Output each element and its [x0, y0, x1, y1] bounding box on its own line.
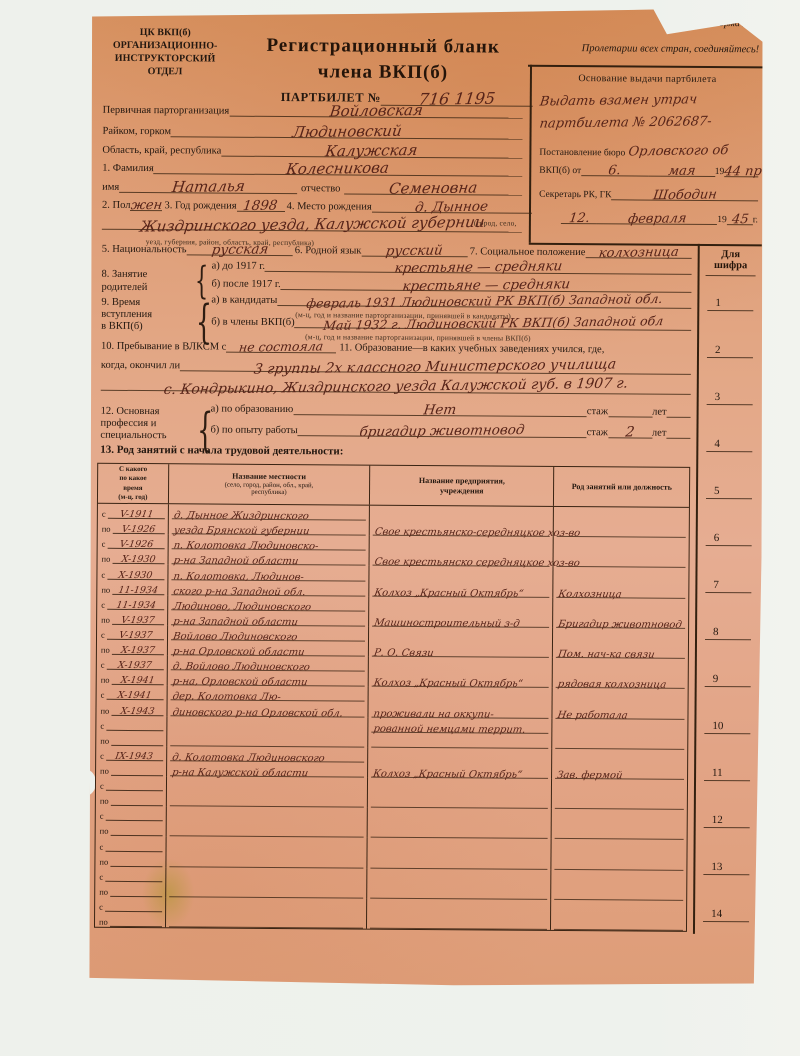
paper-left-edge: [81, 4, 93, 986]
cell-place-value: Войлово Людиновского: [172, 632, 298, 643]
profession-a-value: Нет: [423, 405, 457, 415]
sex-value: жен: [130, 201, 162, 211]
cell-place-value: р-на Орловской области: [172, 647, 305, 658]
cell-organization: [367, 868, 552, 900]
cell-period: спо: [95, 897, 166, 928]
cell-place: [166, 897, 368, 929]
cell-place-value: р-на Калужской области: [171, 768, 308, 779]
date-from-prefix: с: [101, 690, 105, 700]
parents-a-line: крестьяне — средняки: [265, 261, 692, 275]
cell-occupation: Не работала: [553, 688, 688, 719]
let-a-line: [667, 417, 691, 418]
cell-place-line: [169, 837, 363, 853]
cell-organization-line: [370, 883, 547, 900]
education-row2: когда, окончил ли 3 группы 2х классного …: [101, 360, 691, 375]
komsomol-value: не состояла: [239, 341, 324, 352]
cell-place-line: [169, 897, 363, 913]
party-card-number: 716 1195: [418, 94, 496, 105]
cell-occupation-line: рядовая колхозница: [556, 673, 685, 690]
cell-place-line: д. Дынное Жиздринского: [172, 504, 366, 520]
cell-organization-line: [371, 838, 548, 854]
header-place: Название местности (село, город, район, …: [169, 464, 371, 504]
cell-place-line: [170, 730, 364, 747]
date-from-prefix: с: [101, 660, 105, 670]
cell-organization: проживали на оккупи-: [369, 687, 554, 719]
social-label: 7. Социальное положение: [470, 246, 586, 258]
vkpb-year-line: 44 пр: [724, 166, 758, 177]
date-from: с11-1934: [100, 594, 164, 610]
date-to-line: X-1937: [112, 645, 164, 655]
form-number-label: Форма № 1: [647, 18, 759, 30]
first-name-line: Наталья: [119, 181, 297, 194]
cipher-number-slot: 3: [699, 368, 761, 415]
cell-organization-line: Колхоз „Красный Октябрь“: [372, 671, 549, 688]
cell-organization: [368, 778, 553, 810]
date-from-prefix: с: [100, 781, 104, 791]
cipher-number: 1: [715, 297, 721, 309]
cell-place-line: [169, 821, 363, 838]
cell-occupation: Бригадир животновод: [554, 598, 689, 629]
cell-place-line: [170, 791, 364, 808]
staj-label-a: стаж: [587, 406, 608, 417]
issue-day-line: 12.: [561, 213, 597, 224]
date-from-prefix: с: [101, 630, 105, 640]
date-to: поX-1943: [99, 700, 163, 716]
date-to: по: [98, 881, 162, 897]
date-to: поV-1937: [100, 610, 164, 626]
date-to-prefix: по: [100, 826, 109, 836]
cell-place-line: [169, 881, 363, 898]
profession-b-row: б) по опыту работы бригадир животновод с…: [210, 425, 690, 439]
table-body: сV-1911поV-1926д. Дынное Жиздринскогоуез…: [95, 504, 689, 931]
joined-b-label: б) в члены ВКП(б): [211, 317, 295, 329]
profession-a-label: а) по образованию: [211, 404, 294, 416]
paper-hole: [76, 770, 96, 796]
cell-organization: рованной немцами террит.: [368, 717, 553, 749]
occupations-table: С какого по какое время (м-ц. год) Назва…: [94, 463, 690, 932]
birthplace-label: 4. Место рождения: [287, 201, 372, 213]
cell-place-value: р-на Западной области: [172, 617, 298, 628]
cipher-number-line: [707, 404, 753, 405]
date-to-line: X-1930: [112, 554, 164, 564]
joined-a-value: февраль 1931 Людиновский РК ВКП(б) Запад…: [306, 294, 663, 309]
cell-place-line: р-на Западной области: [171, 550, 365, 566]
cell-period: сX-1941поX-1943: [96, 685, 167, 716]
date-to-prefix: по: [100, 705, 109, 715]
cell-place: п. Колотовка, Людинов-ского р-на Западно…: [168, 565, 370, 597]
patronymic-label: отчество: [301, 183, 340, 194]
cell-place-value: диновского р-на Орловской обл.: [172, 708, 344, 719]
cipher-title: Для шифра: [706, 244, 756, 276]
date-to-prefix: по: [99, 917, 108, 927]
cell-occupation-line: [555, 884, 684, 901]
cell-place: д. Войлово Людиновскогор-на, Орловской о…: [167, 655, 369, 687]
joined-b-row: б) в члены ВКП(б) Май 1932 г. Людиновски…: [211, 317, 691, 331]
cipher-number-line: [707, 357, 753, 358]
date-from: сX-1941: [100, 685, 164, 701]
parents-a-row: а) до 1917 г. крестьяне — средняки: [212, 261, 692, 275]
org-line: ОРГАНИЗАЦИОННО-: [99, 39, 231, 53]
cell-occupation-value: рядовая колхозница: [557, 680, 667, 691]
birth-year-value: 1898: [243, 201, 279, 211]
first-name-value: Наталья: [171, 181, 245, 192]
parents-label: 8. Занятие родителей: [101, 268, 147, 294]
cipher-number-line: [706, 545, 752, 546]
joined-label: 9. Время вступления в ВКП(б): [101, 297, 152, 333]
date-to-prefix: по: [101, 675, 110, 685]
cipher-number-slot: 5: [698, 462, 760, 509]
date-from-line: X-1937: [107, 660, 164, 670]
cell-place-value: п. Колотовка, Людинов-: [172, 572, 304, 583]
cell-occupation-line: [557, 537, 686, 553]
primary-org-row: Первичная парторганизация Войловская: [103, 104, 523, 119]
secretary-signature: Шободин: [652, 190, 717, 201]
date-to-prefix: по: [101, 645, 110, 655]
date-to-prefix: по: [100, 766, 109, 776]
cipher-number-slot: 9: [697, 650, 759, 697]
date-to: по: [99, 730, 163, 746]
cell-organization-value: Свое крестьянско-середняцкое хоз-во: [374, 528, 581, 539]
cell-place-value: д. Колотовка Людиновского: [171, 753, 325, 764]
primary-org-value: Войловская: [329, 105, 424, 116]
cell-place: [166, 806, 368, 838]
komsomol-education-row: 10. Пребывание в ВЛКСМ с не состояла 11.…: [101, 341, 691, 356]
date-from: с: [98, 866, 162, 882]
date-from: с: [99, 715, 163, 731]
cell-occupation-line: [555, 900, 684, 916]
surname-label: 1. Фамилия: [102, 163, 153, 174]
joined-b-hint: (м-ц, год и название парторганизации, пр…: [305, 332, 531, 343]
date-to: по: [98, 851, 162, 867]
region-label: Область, край, республика: [102, 145, 221, 157]
social-line: колхозница: [585, 247, 691, 259]
date-to-line: V-1937: [112, 615, 164, 625]
nationality-value: русская: [211, 244, 269, 255]
education-line2: с. Кондрыкино, Жиздринского уезда Калужс…: [101, 380, 691, 395]
joined-a-row: а) в кандидаты февраль 1931 Людиновский …: [211, 295, 691, 309]
cell-occupation-value: Бригадир животновод: [558, 620, 683, 631]
cipher-column: Для шифра 1234567891011121314: [693, 244, 762, 934]
profession-b-label: б) по опыту работы: [210, 425, 297, 437]
cell-occupation-value: Не работала: [557, 710, 629, 720]
let-label-b: лет: [652, 428, 667, 439]
date-to-prefix: по: [102, 554, 111, 564]
table-row: сV-1911поV-1926д. Дынное Жиздринскогоуез…: [98, 504, 689, 538]
cell-occupation: [552, 870, 687, 901]
cipher-number-line: [706, 498, 752, 499]
vkpb-month-line: мая: [648, 166, 715, 177]
date-to: поV-1926: [101, 519, 165, 535]
cell-occupation-line: [555, 839, 684, 855]
cell-organization-value: проживали на оккупи-: [373, 709, 495, 720]
staj-b-line: 2: [608, 427, 652, 438]
name-row: имя Наталья отчество Семеновна: [102, 181, 522, 196]
date-from-line: X-1930: [107, 569, 164, 579]
cell-place: п. Колотовка Людиновско-р-на Западной об…: [168, 534, 370, 566]
cell-organization-value: Р. О. Связи: [373, 649, 434, 659]
cell-occupation-line: Зав. фермой: [555, 763, 684, 780]
issuing-org-block: ЦК ВКП(б) ОРГАНИЗАЦИОННО- ИНСТРУКТОРСКИЙ…: [99, 26, 231, 79]
date-to-line: X-1943: [111, 705, 163, 715]
date-to: поX-1941: [100, 670, 164, 686]
cell-organization: Машиностроительный з-д: [369, 596, 554, 628]
cipher-number-line: [704, 827, 750, 828]
birthplace-value: д. Дынное: [415, 202, 489, 213]
resolution-value: Орловского об: [627, 143, 729, 159]
cell-occupation: [553, 718, 688, 749]
cell-place-value: п. Колотовка Людиновско-: [173, 542, 319, 553]
education-line1: 3 группы 2х классного Министерского учил…: [180, 360, 691, 375]
date-to-prefix: по: [99, 887, 108, 897]
cell-place-line: диновского р-на Орловской обл.: [170, 701, 364, 717]
komsomol-label: 10. Пребывание в ВЛКСМ с: [101, 341, 226, 353]
cell-organization: Колхоз „Красный Октябрь“: [369, 657, 554, 689]
cell-organization-line: Р. О. Связи: [372, 641, 549, 658]
parents-b-label: б) после 1917 г.: [211, 279, 280, 290]
cipher-number-slot: 8: [697, 603, 759, 650]
cell-period: сV-1911поV-1926: [98, 504, 169, 535]
vkpb-day-line: 6.: [581, 165, 648, 176]
cell-occupation-line: [554, 914, 683, 931]
cell-place: [167, 776, 369, 808]
date-from-prefix: с: [102, 509, 106, 519]
date-from-line: X-1941: [106, 690, 163, 700]
cell-organization-line: Колхоз „Красный Октябрь“: [372, 581, 549, 598]
education-label2: когда, окончил ли: [101, 360, 180, 372]
sex-label: 2. Пол: [102, 200, 131, 211]
date-to-line: [110, 926, 162, 927]
table-row: сIX-1943под. Колотовка Людиновскогор-на …: [96, 745, 687, 779]
primary-org-line: Войловская: [229, 105, 523, 119]
nationality-line: русская: [186, 244, 292, 256]
date-to-line: X-1941: [111, 675, 163, 685]
cell-occupation-line: [557, 567, 686, 583]
date-from-line: V-1937: [107, 630, 164, 640]
nationality-label: 5. Национальность: [102, 244, 187, 256]
table-row: спо: [95, 866, 686, 900]
cell-place: [166, 837, 368, 869]
cell-organization-value: Машиностроительный з-д: [373, 619, 520, 630]
org-line: ИНСТРУКТОРСКИЙ: [99, 52, 231, 66]
cell-place: дер. Колотовка Лю-диновского р-на Орловс…: [167, 686, 369, 718]
cell-period: сX-1930по11-1934: [97, 564, 168, 595]
cell-organization: Колхоз „Красный Октябрь“: [369, 566, 554, 598]
cell-occupation-value: Зав. фермой: [557, 771, 624, 781]
date-from: сV-1937: [100, 625, 164, 641]
let-b-line: [666, 438, 690, 439]
date-to: по: [98, 912, 162, 928]
date-from-prefix: с: [101, 600, 105, 610]
cipher-number: 5: [714, 485, 720, 497]
header-occupation: Род занятий или должность: [554, 467, 689, 507]
issue-basis-box: Основание выдачи партбилета Выдать взаме…: [529, 65, 763, 245]
cell-place-value: ского р-на Западной обл.: [172, 587, 306, 598]
nationality-row: 5. Национальность русская 6. Родной язык…: [102, 244, 692, 259]
cell-place-value: дер. Колотовка Лю-: [172, 693, 282, 704]
parents-a-label: а) до 1917 г.: [212, 261, 265, 272]
issue-year-suffix: г.: [753, 215, 758, 225]
cell-occupation: [552, 809, 687, 840]
cipher-number: 7: [713, 579, 719, 591]
date-from-prefix: с: [102, 539, 106, 549]
first-name-label: имя: [102, 182, 119, 193]
birthplace-line: д. Дынное: [372, 202, 532, 214]
date-from: сX-1930: [100, 564, 164, 580]
cipher-number: 3: [715, 391, 721, 403]
org-line: ЦК ВКП(б): [99, 26, 231, 40]
date-from: сV-1911: [101, 504, 165, 520]
cell-organization-value: Колхоз „Красный Октябрь“: [374, 588, 524, 599]
cell-organization-line: Свое крестьянско середняцкое хоз-во: [373, 550, 550, 567]
cell-place-line: [169, 867, 363, 883]
cell-occupation: Зав. фермой: [552, 749, 687, 780]
cell-organization-value: рованной немцами террит.: [373, 724, 526, 735]
cell-period: спо: [96, 806, 167, 837]
secretary-row: Секретарь РК, ГК Шободин: [539, 189, 758, 202]
date-to-line: V-1926: [113, 524, 165, 534]
cipher-number-slot: 6: [698, 509, 760, 556]
cipher-number-line: [704, 780, 750, 781]
cell-occupation-line: [555, 854, 684, 871]
cell-place: Войлово Людиновскогор-на Орловской облас…: [168, 625, 370, 657]
cipher-number-line: [703, 921, 749, 922]
cipher-number-line: [705, 686, 751, 687]
cipher-number-line: [707, 310, 753, 311]
resolution-label: Постановление бюро: [539, 148, 625, 159]
cell-occupation-line: [556, 733, 685, 750]
region-value: Калужская: [325, 145, 418, 156]
patronymic-value: Семеновна: [389, 182, 478, 193]
date-from-prefix: с: [100, 841, 104, 851]
cipher-number-slot: 4: [698, 415, 760, 462]
cell-organization-line: Машиностроительный з-д: [372, 611, 549, 628]
date-from: с: [98, 897, 162, 913]
staj-a-line: [608, 416, 652, 417]
surname-row: 1. Фамилия Колесникова: [102, 162, 522, 177]
cipher-number-line: [705, 639, 751, 640]
cipher-number-line: [703, 874, 749, 875]
cell-place-line: [169, 912, 363, 929]
form-title: Регистрационный бланк члена ВКП(б): [237, 33, 529, 87]
date-from: с: [99, 806, 163, 822]
cell-occupation-line: [555, 870, 684, 886]
cell-place: д. Колотовка Людиновскогор-на Калужской …: [167, 746, 369, 778]
date-to-prefix: по: [99, 856, 108, 866]
org-line: ОТДЕЛ: [99, 65, 231, 79]
cipher-number: 13: [711, 861, 722, 873]
cipher-number: 12: [712, 814, 723, 826]
cell-organization: [367, 898, 552, 930]
cell-place-line: дер. Колотовка Лю-: [170, 686, 364, 702]
cell-period: с11-1934поV-1937: [97, 594, 168, 625]
date-from: с: [99, 836, 163, 852]
education-label: 11. Образование—в каких учебных заведени…: [339, 342, 604, 355]
cell-place-value: р-на, Орловской области: [172, 678, 308, 689]
cipher-number: 2: [715, 344, 721, 356]
surname-line: Колесникова: [154, 162, 523, 177]
cell-organization-line: [370, 868, 547, 884]
joined-a-line: февраль 1931 Людиновский РК ВКП(б) Запад…: [277, 295, 691, 309]
cell-organization: Р. О. Связи: [369, 627, 554, 659]
date-to-prefix: по: [100, 796, 109, 806]
staj-b-value: 2: [625, 427, 635, 437]
cell-occupation-line: Колхозница: [557, 582, 686, 599]
profession-label: 12. Основная профессия и специальность: [100, 406, 166, 442]
sex-birth-row: 2. Пол жен 3. Год рождения 1898 4. Место…: [102, 200, 532, 214]
cell-occupation: Пом. нач-ка связи: [553, 628, 688, 659]
date-to-line: 11-1934: [112, 584, 164, 594]
cipher-number: 14: [711, 908, 722, 920]
cell-occupation: рядовая колхозница: [553, 658, 688, 689]
cell-occupation: [552, 779, 687, 810]
cell-organization-line: [372, 657, 549, 673]
raikom-line: Людиновский: [171, 125, 523, 139]
cell-occupation: Колхозница: [554, 567, 689, 598]
language-line: русский: [361, 246, 467, 258]
cipher-number-line: [706, 451, 752, 452]
raikom-value: Людиновский: [292, 126, 402, 138]
cell-place-line: [169, 851, 363, 868]
profession-a-row: а) по образованию Нет стаж лет: [211, 404, 691, 418]
cipher-number-slot: 13: [695, 838, 757, 885]
cipher-number: 10: [712, 720, 723, 732]
cell-organization-line: [371, 747, 548, 763]
education-row3: с. Кондрыкино, Жиздринского уезда Калужс…: [101, 380, 691, 395]
cipher-number: 11: [712, 767, 723, 779]
vkpb-from-label: ВКП(б) от: [539, 166, 581, 176]
header-organization: Название предприятия, учреждения: [370, 466, 555, 506]
cell-occupation-line: Пом. нач-ка связи: [556, 642, 685, 659]
table-row: спо: [95, 897, 686, 931]
birthplace-value2: Жиздринского уезда, Калужской губернии: [139, 217, 485, 232]
cipher-number: 9: [713, 673, 719, 685]
table-row: сV-1926поX-1930п. Колотовка Людиновско-р…: [98, 534, 689, 568]
date-from-line: 11-1934: [107, 600, 164, 610]
resolution-date-row: ВКП(б) от 6. мая 19 44 пр: [539, 165, 758, 178]
date-from: сIX-1943: [99, 745, 163, 761]
cell-place-line: д. Колотовка Людиновского: [170, 746, 364, 762]
cell-organization-value: Колхоз „Красный Октябрь“: [372, 770, 522, 781]
cell-organization-line: [370, 913, 547, 930]
joined-brace: {: [196, 294, 212, 348]
cell-place: [166, 867, 368, 899]
issue-year-prefix: 19: [717, 215, 727, 225]
date-from-prefix: с: [99, 902, 103, 912]
staj-label-b: стаж: [587, 427, 608, 438]
cell-occupation: [552, 839, 687, 870]
date-to: поX-1937: [100, 640, 164, 656]
date-to: поX-1930: [101, 549, 165, 565]
date-from: сX-1937: [100, 655, 164, 671]
parents-a-value: крестьяне — средняки: [394, 261, 563, 273]
cipher-number-slot: 14: [695, 885, 757, 932]
cell-period: сIX-1943по: [96, 745, 167, 776]
cipher-number-slot: 1: [699, 274, 761, 321]
cell-organization-line: [371, 822, 548, 839]
cell-period: спо: [96, 776, 167, 807]
cell-organization-line: проживали на оккупи-: [372, 702, 549, 719]
cell-organization: Свое крестьянско-середняцкое хоз-во: [370, 506, 555, 538]
cell-organization: [368, 808, 553, 840]
raikom-label: Райком, горком: [103, 126, 172, 137]
cipher-number: 6: [714, 532, 720, 544]
cell-occupation-line: [555, 794, 684, 811]
cipher-number-slot: 11: [696, 744, 758, 791]
secretary-label: Секретарь РК, ГК: [539, 190, 611, 201]
region-line: Калужская: [221, 145, 522, 159]
cell-organization-line: [370, 853, 547, 870]
cell-organization-line: [372, 687, 549, 703]
